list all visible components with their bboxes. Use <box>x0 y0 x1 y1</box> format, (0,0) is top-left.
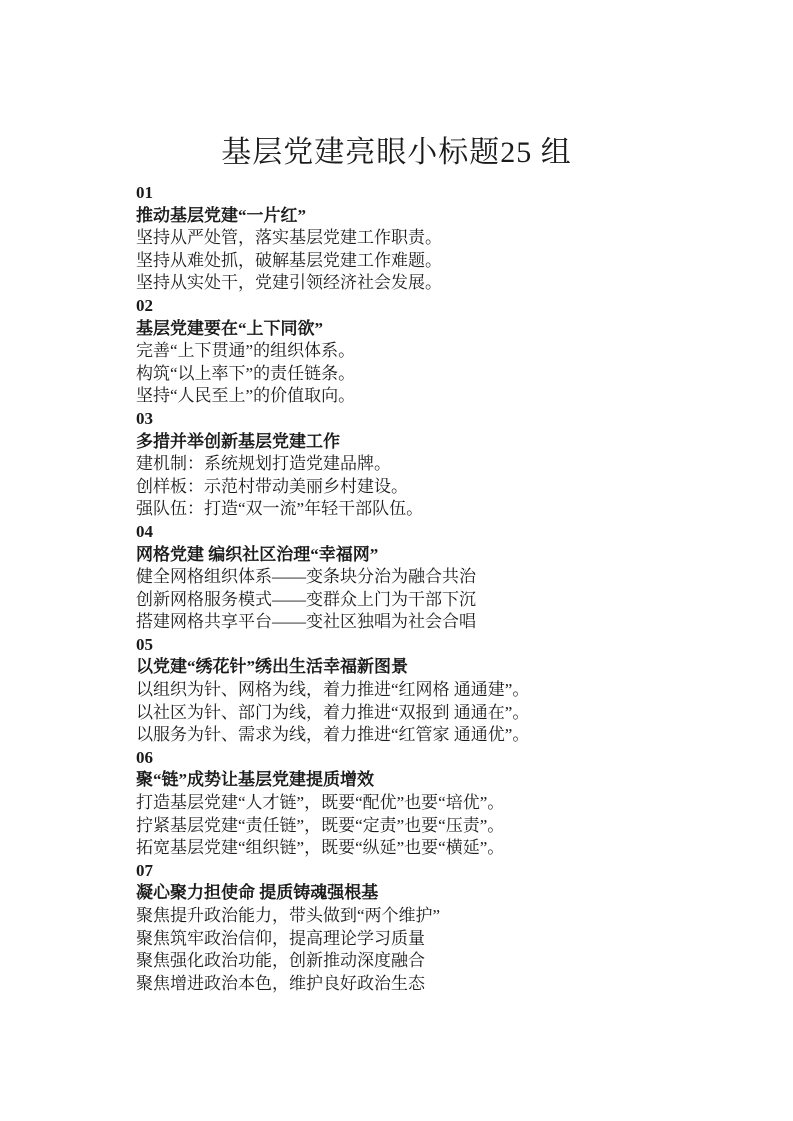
section-heading: 基层党建要在“上下同欲” <box>136 318 693 341</box>
section-number: 01 <box>136 182 693 205</box>
document-title: 基层党建亮眼小标题25 组 <box>136 133 657 173</box>
section-03: 03 多措并举创新基层党建工作 建机制：系统规划打造党建品牌。创样板：示范村带动… <box>136 408 693 521</box>
section-01-line-2: 坚持从难处抓，破解基层党建工作难题。 <box>136 250 693 273</box>
section-06-line-1: 打造基层党建“人才链”，既要“配优”也要“培优”。 <box>136 792 693 815</box>
section-number: 05 <box>136 634 693 657</box>
section-07: 07 凝心聚力担使命 提质铸魂强根基 聚焦提升政治能力，带头做到“两个维护”聚焦… <box>136 860 693 996</box>
section-06: 06 聚“链”成势让基层党建提质增效 打造基层党建“人才链”，既要“配优”也要“… <box>136 747 693 860</box>
section-heading: 多措并举创新基层党建工作 <box>136 431 693 454</box>
section-03-line-1: 建机制：系统规划打造党建品牌。 <box>136 453 693 476</box>
section-02: 02 基层党建要在“上下同欲” 完善“上下贯通”的组织体系。构筑“以上率下”的责… <box>136 295 693 408</box>
section-number: 02 <box>136 295 693 318</box>
section-05-line-3: 以服务为针、需求为线，着力推进“红管家 通通优”。 <box>136 724 693 747</box>
section-02-line-1: 完善“上下贯通”的组织体系。 <box>136 340 693 363</box>
section-05: 05 以党建“绣花针”绣出生活幸福新图景 以组织为针、网格为线，着力推进“红网格… <box>136 634 693 747</box>
section-number: 06 <box>136 747 693 770</box>
section-heading: 推动基层党建“一片红” <box>136 205 693 228</box>
section-heading: 聚“链”成势让基层党建提质增效 <box>136 769 693 792</box>
sections-container: 01 推动基层党建“一片红” 坚持从严处管，落实基层党建工作职责。坚持从难处抓，… <box>136 182 693 995</box>
section-heading: 网格党建 编织社区治理“幸福网” <box>136 544 693 567</box>
section-number: 04 <box>136 521 693 544</box>
section-02-line-2: 构筑“以上率下”的责任链条。 <box>136 363 693 386</box>
section-06-line-3: 拓宽基层党建“组织链”，既要“纵延”也要“横延”。 <box>136 837 693 860</box>
section-05-line-1: 以组织为针、网格为线，着力推进“红网格 通通建”。 <box>136 679 693 702</box>
section-04-line-2: 创新网格服务模式——变群众上门为干部下沉 <box>136 589 693 612</box>
section-03-line-3: 强队伍：打造“双一流”年轻干部队伍。 <box>136 498 693 521</box>
section-03-line-2: 创样板：示范村带动美丽乡村建设。 <box>136 476 693 499</box>
section-02-line-3: 坚持“人民至上”的价值取向。 <box>136 385 693 408</box>
section-07-line-1: 聚焦提升政治能力，带头做到“两个维护” <box>136 905 693 928</box>
section-04: 04 网格党建 编织社区治理“幸福网” 健全网格组织体系——变条块分治为融合共治… <box>136 521 693 634</box>
section-06-line-2: 拧紧基层党建“责任链”，既要“定责”也要“压责”。 <box>136 815 693 838</box>
document-page: 基层党建亮眼小标题25 组 01 推动基层党建“一片红” 坚持从严处管，落实基层… <box>0 0 793 1121</box>
section-04-line-1: 健全网格组织体系——变条块分治为融合共治 <box>136 566 693 589</box>
section-01-line-1: 坚持从严处管，落实基层党建工作职责。 <box>136 227 693 250</box>
section-04-line-3: 搭建网格共享平台——变社区独唱为社会合唱 <box>136 611 693 634</box>
section-number: 07 <box>136 860 693 883</box>
section-number: 03 <box>136 408 693 431</box>
section-07-line-3: 聚焦强化政治功能，创新推动深度融合 <box>136 950 693 973</box>
section-07-line-2: 聚焦筑牢政治信仰，提高理论学习质量 <box>136 928 693 951</box>
section-heading: 凝心聚力担使命 提质铸魂强根基 <box>136 882 693 905</box>
section-01: 01 推动基层党建“一片红” 坚持从严处管，落实基层党建工作职责。坚持从难处抓，… <box>136 182 693 295</box>
section-heading: 以党建“绣花针”绣出生活幸福新图景 <box>136 656 693 679</box>
section-01-line-3: 坚持从实处干，党建引领经济社会发展。 <box>136 272 693 295</box>
section-07-line-4: 聚焦增进政治本色，维护良好政治生态 <box>136 973 693 996</box>
section-05-line-2: 以社区为针、部门为线，着力推进“双报到 通通在”。 <box>136 702 693 725</box>
